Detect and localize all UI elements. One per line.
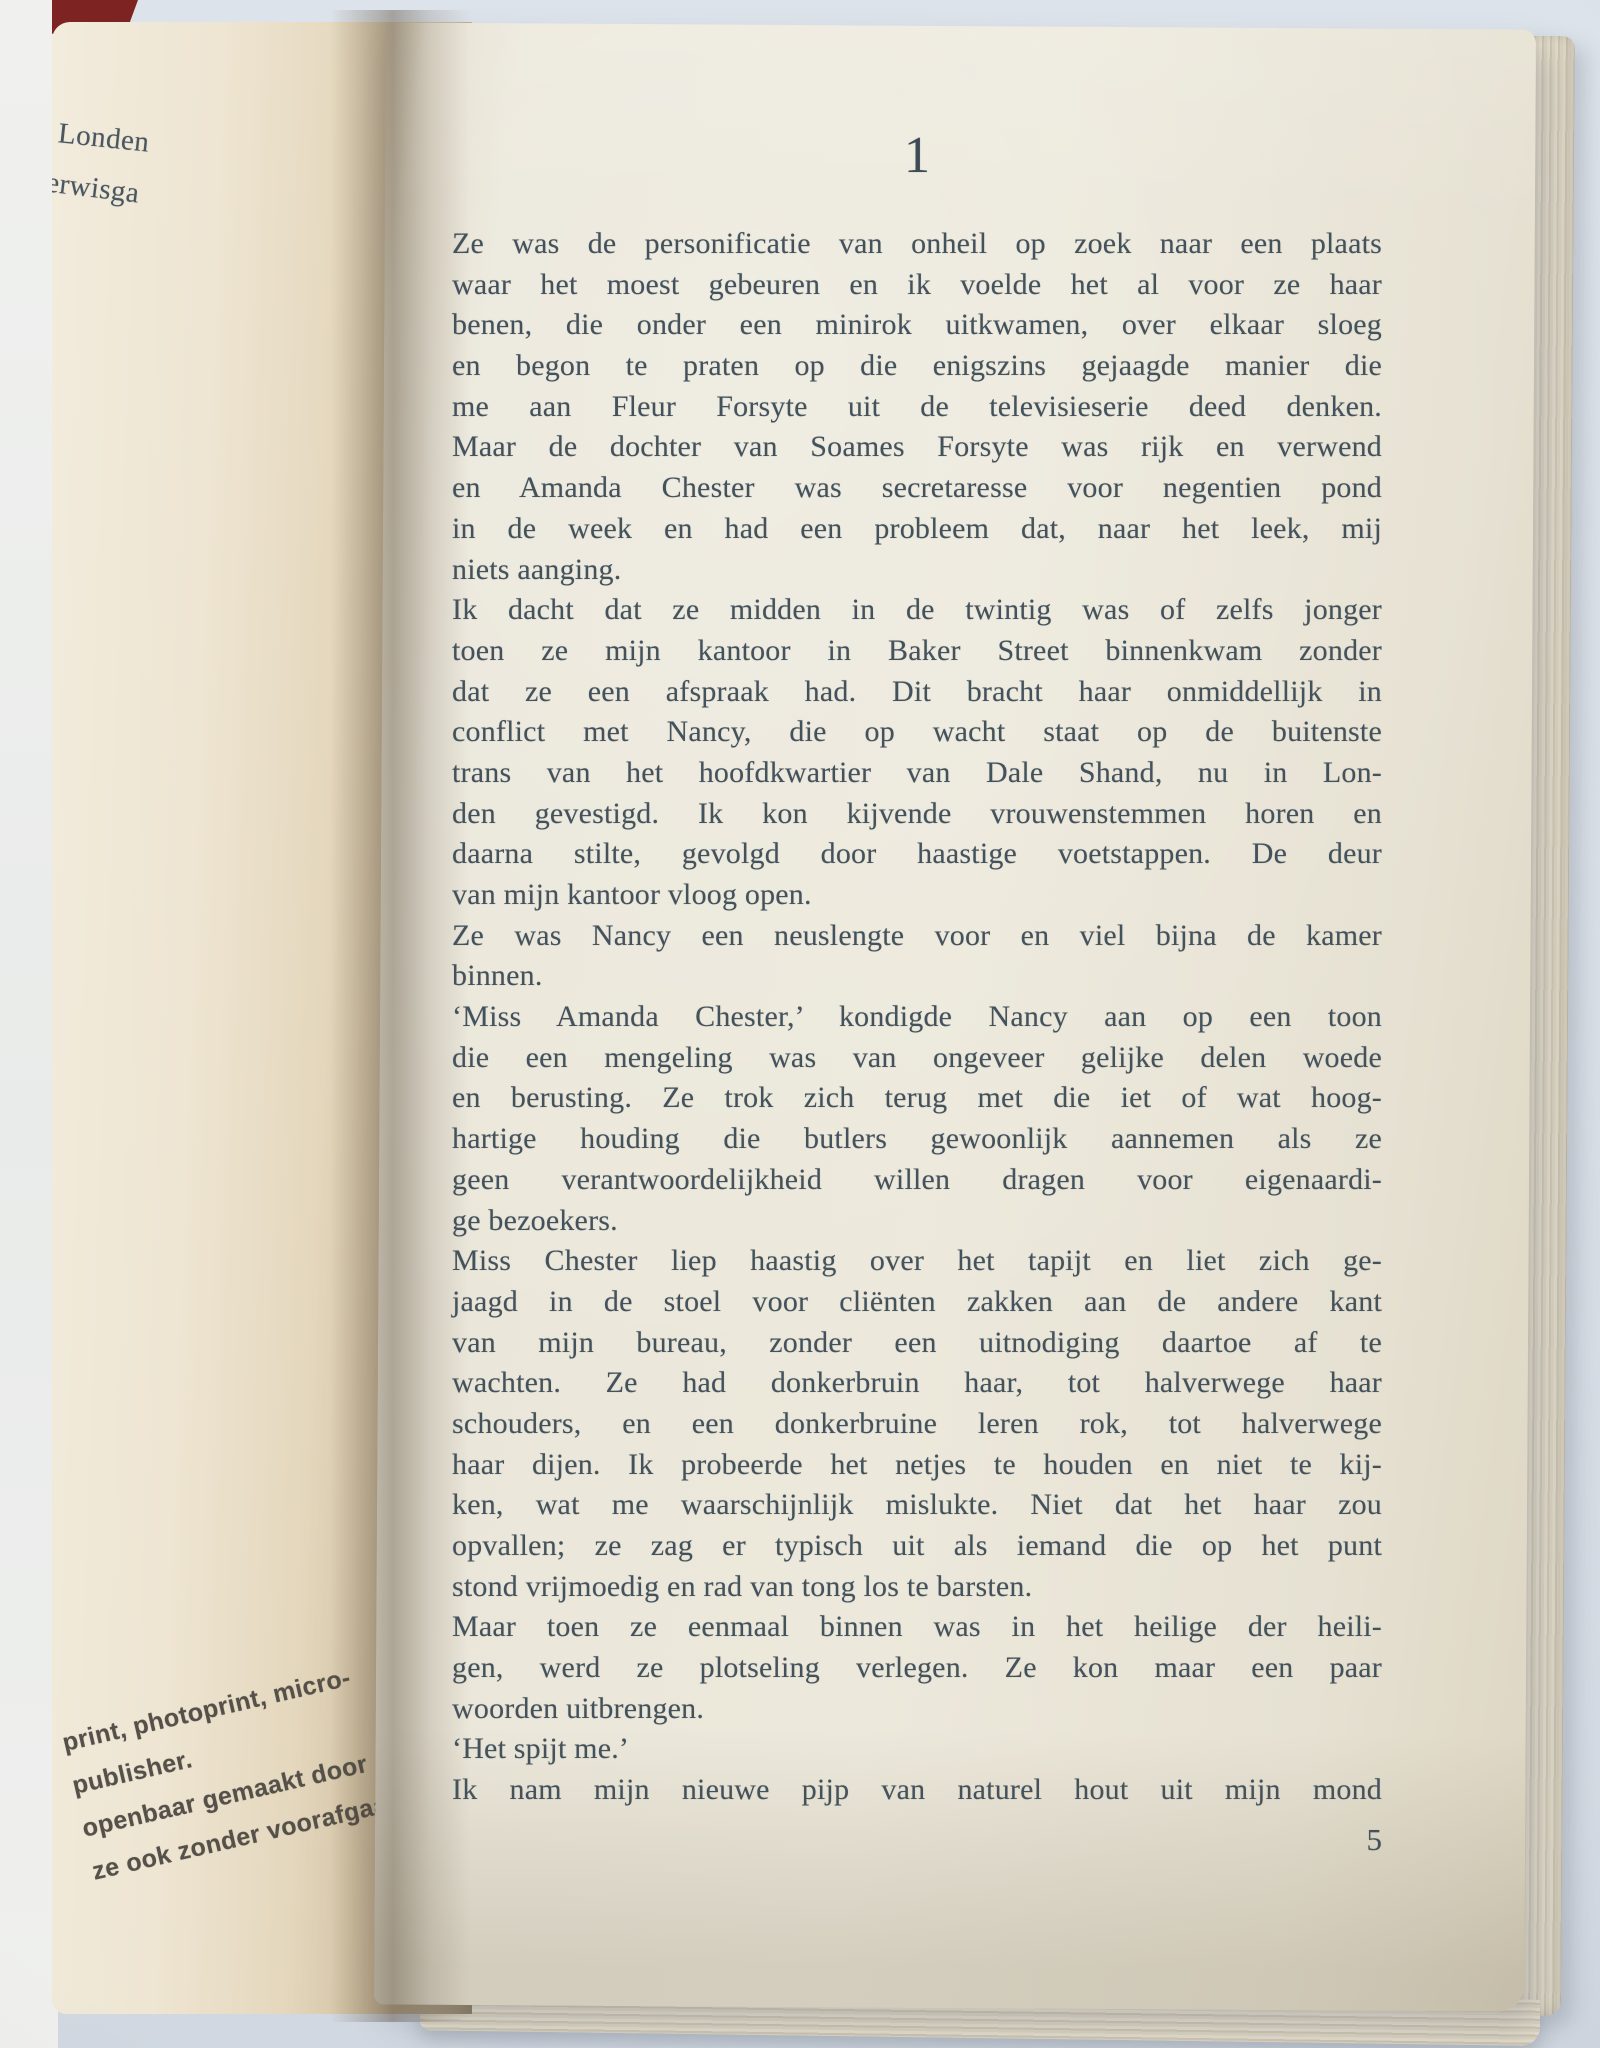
text-line: jaagd in de stoel voor cliënten zakken a… — [452, 1282, 1382, 1323]
text-line: haar dijen. Ik probeerde het netjes te h… — [452, 1445, 1382, 1486]
text-line: gen, werd ze plotseling verlegen. Ze kon… — [452, 1648, 1382, 1689]
gutter-shadow — [330, 10, 470, 2022]
text-line: binnen. — [452, 956, 1382, 997]
text-line: trans van het hoofdkwartier van Dale Sha… — [452, 753, 1382, 794]
text-line: niets aanging. — [452, 550, 1382, 591]
text-line: conflict met Nancy, die op wacht staat o… — [452, 712, 1382, 753]
text-line: Miss Chester liep haastig over het tapij… — [452, 1241, 1382, 1282]
text-line: hartige houding die butlers gewoonlijk a… — [452, 1119, 1382, 1160]
text-line: me aan Fleur Forsyte uit de televisieser… — [452, 387, 1382, 428]
text-line: geen verantwoordelijkheid willen dragen … — [452, 1160, 1382, 1201]
page-number: 5 — [452, 1822, 1382, 1858]
text-line: Maar toen ze eenmaal binnen was in het h… — [452, 1607, 1382, 1648]
text-line: die een mengeling was van ongeveer gelij… — [452, 1038, 1382, 1079]
photo-background-left — [0, 0, 58, 2048]
page-text: Ze was de personificatie van onheil op z… — [452, 224, 1382, 1811]
text-line: den gevestigd. Ik kon kijvende vrouwenst… — [452, 794, 1382, 835]
text-line: schouders, en een donkerbruine leren rok… — [452, 1404, 1382, 1445]
text-line: wachten. Ze had donkerbruin haar, tot ha… — [452, 1363, 1382, 1404]
text-line: dat ze een afspraak had. Dit bracht haar… — [452, 672, 1382, 713]
left-page-fragment: erwisga — [52, 166, 141, 210]
text-line: ‘Het spijt me.’ — [452, 1729, 1382, 1770]
text-line: woorden uitbrengen. — [452, 1689, 1382, 1730]
book-photo: Londen erwisga print, photoprint, micro-… — [0, 0, 1600, 2048]
text-line: Ik dacht dat ze midden in de twintig was… — [452, 590, 1382, 631]
text-line: en berusting. Ze trok zich terug met die… — [452, 1078, 1382, 1119]
chapter-number: 1 — [452, 126, 1382, 186]
text-line: Ik nam mijn nieuwe pijp van naturel hout… — [452, 1770, 1382, 1811]
text-line: Maar de dochter van Soames Forsyte was r… — [452, 427, 1382, 468]
text-line: Ze was Nancy een neuslengte voor en viel… — [452, 916, 1382, 957]
text-line: ken, wat me waarschijnlijk mislukte. Nie… — [452, 1485, 1382, 1526]
text-line: toen ze mijn kantoor in Baker Street bin… — [452, 631, 1382, 672]
text-line: in de week en had een probleem dat, naar… — [452, 509, 1382, 550]
text-line: benen, die onder een minirok uitkwamen, … — [452, 305, 1382, 346]
text-line: stond vrijmoedig en rad van tong los te … — [452, 1567, 1382, 1608]
text-line: daarna stilte, gevolgd door haastige voe… — [452, 834, 1382, 875]
left-page-fragment: Londen — [57, 117, 152, 159]
text-line: waar het moest gebeuren en ik voelde het… — [452, 265, 1382, 306]
text-line: opvallen; ze zag er typisch uit als iema… — [452, 1526, 1382, 1567]
text-line: en begon te praten op die enigszins geja… — [452, 346, 1382, 387]
text-line: van mijn bureau, zonder een uitnodiging … — [452, 1323, 1382, 1364]
text-line: Ze was de personificatie van onheil op z… — [452, 224, 1382, 265]
text-line: van mijn kantoor vloog open. — [452, 875, 1382, 916]
text-line: ‘Miss Amanda Chester,’ kondigde Nancy aa… — [452, 997, 1382, 1038]
text-line: ge bezoekers. — [452, 1201, 1382, 1242]
text-line: en Amanda Chester was secretaresse voor … — [452, 468, 1382, 509]
